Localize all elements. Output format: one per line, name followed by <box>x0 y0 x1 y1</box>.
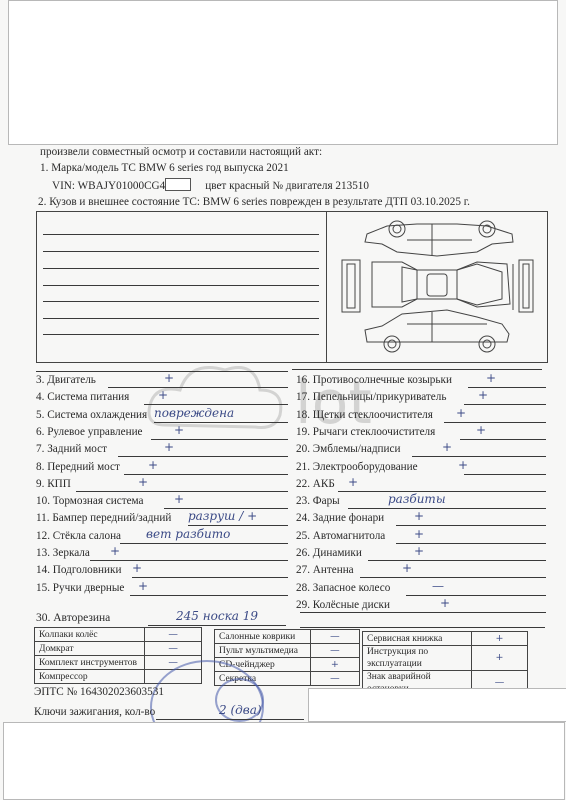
checklist-item-label: 28. Запасное колесо <box>296 582 390 594</box>
accessory-row: Инструкция по эксплуатации+ <box>363 646 528 671</box>
checklist-item-mark: + <box>456 406 466 420</box>
accessory-mark: + <box>471 632 527 646</box>
accessory-label: Домкрат <box>35 642 145 656</box>
accessory-row: Домкрат— <box>35 642 202 656</box>
checklist-item: 22. АКБ+ <box>296 478 546 493</box>
checklist-item-label: 20. Эмблемы/надписи <box>296 443 400 455</box>
checklist-item: 4. Система питания+ <box>36 391 288 406</box>
checklist-item: 19. Рычаги стеклоочистителя+ <box>296 426 546 441</box>
checklist-item-mark: + <box>164 440 174 454</box>
checklist-item-mark: + <box>158 388 168 402</box>
checklist-item: 9. КПП+ <box>36 478 288 493</box>
checklist-item-label: 8. Передний мост <box>36 461 120 473</box>
checklist-item: 14. Подголовники+ <box>36 564 288 579</box>
checklist-item: 27. Антенна+ <box>296 564 546 579</box>
checklist-item: 26. Динамики+ <box>296 547 546 562</box>
checklist-item: 23. Фарыразбиты <box>296 495 546 510</box>
checklist-item-label: 10. Тормозная система <box>36 495 144 507</box>
checklist-item: 16. Противосолнечные козырьки+ <box>296 374 546 389</box>
checklist-item-label: 21. Электрооборудование <box>296 461 418 473</box>
checklist-item: 13. Зеркала+ <box>36 547 288 562</box>
checklist-item: 21. Электрооборудование+ <box>296 461 546 476</box>
checklist-item: 15. Ручки дверные+ <box>36 582 288 597</box>
checklist-item: 24. Задние фонари+ <box>296 512 546 527</box>
car-outline-icon <box>327 212 547 362</box>
checklist-item-label: 24. Задние фонари <box>296 512 384 524</box>
color-engine: цвет красный № двигателя 213510 <box>205 180 369 192</box>
accessory-label: Инструкция по эксплуатации <box>363 646 472 671</box>
intro-text: произвели совместный осмотр и составили … <box>40 146 322 158</box>
accessory-mark: — <box>145 642 202 656</box>
checklist-item-mark: + <box>442 440 452 454</box>
checklist-item-mark: + <box>138 579 148 593</box>
accessory-mark: — <box>310 644 359 658</box>
checklist-item: 17. Пепельницы/прикуриватель+ <box>296 391 546 406</box>
keys-row: Ключи зажигания, кол-во 2 (два) <box>34 706 304 721</box>
checklist-item-label: 5. Система охлаждения <box>36 409 147 421</box>
checklist-item: 10. Тормозная система+ <box>36 495 288 510</box>
accessory-label: Колпаки колёс <box>35 628 145 642</box>
checklist-item-label: 23. Фары <box>296 495 340 507</box>
checklist-item-label: 15. Ручки дверные <box>36 582 124 594</box>
tires-mark: 245 носка 19 <box>176 609 258 623</box>
checklist-item-label: 11. Бампер передний/задний <box>36 512 171 524</box>
accessory-label: Пульт мультимедиа <box>215 644 311 658</box>
checklist-item-label: 25. Автомагнитола <box>296 530 385 542</box>
checklist-item-mark: разбиты <box>388 492 446 506</box>
checklist-item-mark: + <box>414 544 424 558</box>
checklist-item-mark: + <box>110 544 120 558</box>
checklist-item-mark: + <box>148 458 158 472</box>
checklist-item-label: 14. Подголовники <box>36 564 121 576</box>
accessory-mark: + <box>310 658 359 672</box>
checklist-item-mark: + <box>174 492 184 506</box>
checklist-item-label: 3. Двигатель <box>36 374 96 386</box>
checklist-item-mark: + <box>478 388 488 402</box>
checklist-item-mark: + <box>458 458 468 472</box>
checklist-item-label: 16. Противосолнечные козырьки <box>296 374 452 386</box>
checklist-item-mark: + <box>414 509 424 523</box>
checklist-item-mark: + <box>476 423 486 437</box>
checklist-item: 20. Эмблемы/надписи+ <box>296 443 546 458</box>
checklist-item-label: 9. КПП <box>36 478 71 490</box>
accessory-label: Комплект инструментов <box>35 656 145 670</box>
checklist-item: 7. Задний мост+ <box>36 443 288 458</box>
checklist-item-mark: + <box>486 371 496 385</box>
redacted-footer-area <box>3 722 565 800</box>
checklist-item-mark: вет разбито <box>146 527 230 541</box>
accessory-mark: — <box>310 672 359 686</box>
keys-mark: 2 (два) <box>219 703 262 717</box>
accessory-row: Пульт мультимедиа— <box>215 644 360 658</box>
checklist-item-mark: — <box>432 579 444 593</box>
checklist-item-label: 19. Рычаги стеклоочистителя <box>296 426 435 438</box>
checklist-item: 18. Щетки стеклоочистителя+ <box>296 409 546 424</box>
tires-label: 30. Авторезина <box>36 612 110 624</box>
checklist-item-mark: + <box>174 423 184 437</box>
checklist-item-label: 17. Пепельницы/прикуриватель <box>296 391 446 403</box>
checklist-item: 3. Двигатель+ <box>36 374 288 389</box>
car-damage-diagram <box>326 211 548 363</box>
checklist-item-mark: + <box>132 561 142 575</box>
checklist-item: 11. Бампер передний/заднийразруш / + <box>36 512 288 527</box>
checklist-item: 8. Передний мост+ <box>36 461 288 476</box>
checklist-item-mark: + <box>440 596 450 610</box>
checklist-item: 25. Автомагнитола+ <box>296 530 546 545</box>
tires-row: 30. Авторезина 245 носка 19 <box>36 612 286 627</box>
checklist-item: 6. Рулевое управление+ <box>36 426 288 441</box>
checklist-item-mark: + <box>402 561 412 575</box>
accessory-row: Колпаки колёс— <box>35 628 202 642</box>
checklist-item-label: 13. Зеркала <box>36 547 90 559</box>
accessory-label: Сервисная книжка <box>363 632 472 646</box>
accessory-label: Салонные коврики <box>215 630 311 644</box>
accessory-label: Компрессор <box>35 670 145 684</box>
checklist-item-label: 26. Динамики <box>296 547 362 559</box>
vehicle-make-model: 1. Марка/модель ТС BMW 6 series год выпу… <box>40 162 289 174</box>
checklist-item-mark: повреждена <box>154 406 234 420</box>
checklist-item-label: 29. Колёсные диски <box>296 599 390 611</box>
accessory-mark: — <box>145 628 202 642</box>
body-condition: 2. Кузов и внешнее состояние ТС: BMW 6 s… <box>38 196 470 208</box>
checklist-item-mark: + <box>138 475 148 489</box>
accessory-mark: + <box>471 646 527 671</box>
checklist-item: 5. Система охлажденияповреждена <box>36 409 288 424</box>
checklist-item-label: 4. Система питания <box>36 391 129 403</box>
vin-redacted-box <box>165 178 191 191</box>
checklist-item-mark: + <box>414 527 424 541</box>
checklist-item-label: 27. Антенна <box>296 564 354 576</box>
damage-description-box <box>36 211 327 363</box>
checklist-item-mark: разруш / + <box>188 509 257 523</box>
redacted-header-area <box>8 0 558 145</box>
accessory-row: Салонные коврики— <box>215 630 360 644</box>
accessory-row: Сервисная книжка+ <box>363 632 528 646</box>
checklist-item-label: 7. Задний мост <box>36 443 107 455</box>
vin-label: VIN: WBAJY01000CG4 <box>52 180 165 192</box>
vin-line: VIN: WBAJY01000CG4цвет красный № двигате… <box>52 178 369 192</box>
keys-label: Ключи зажигания, кол-во <box>34 706 155 718</box>
epts-number: ЭПТС № 164302023603531 <box>34 686 164 698</box>
checklist-item: 28. Запасное колесо— <box>296 582 546 597</box>
checklist-item-label: 22. АКБ <box>296 478 335 490</box>
checklist-item-mark: + <box>164 371 174 385</box>
checklist-item-label: 12. Стёкла салона <box>36 530 121 542</box>
checklist-item-label: 18. Щетки стеклоочистителя <box>296 409 433 421</box>
checklist-item: 12. Стёкла салонавет разбито <box>36 530 288 545</box>
redacted-right-area <box>308 688 566 722</box>
checklist-item-label: 6. Рулевое управление <box>36 426 143 438</box>
accessory-mark: — <box>310 630 359 644</box>
checklist-item-mark: + <box>348 475 358 489</box>
